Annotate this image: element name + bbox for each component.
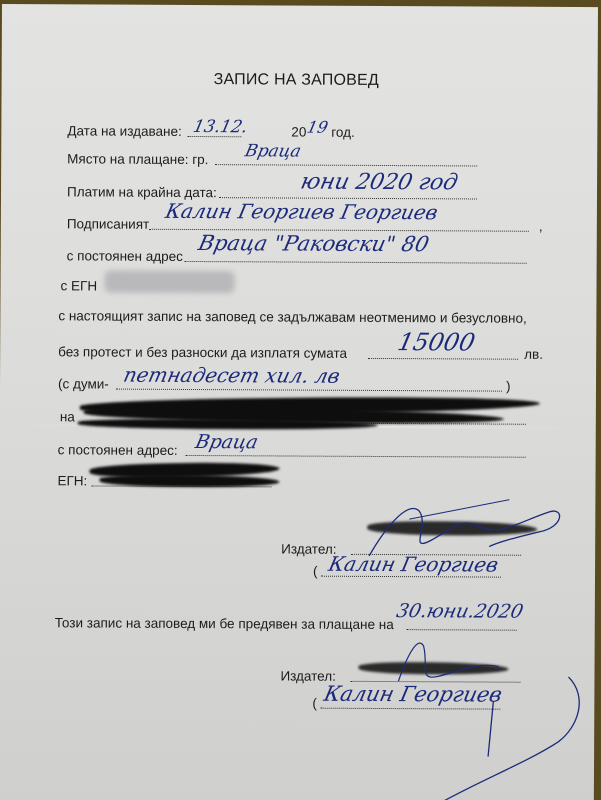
due-date-handwritten: юни 2020 год [298,170,460,196]
amount-handwritten: 15000 [395,328,477,356]
address-dotline [185,261,527,264]
payment-place-dotline [215,164,477,166]
amount-words-handwritten: петнадесет хил. лв [121,363,342,388]
egn-redacted-blur [104,271,234,294]
signatory-label: Подписаният [67,216,149,231]
due-date-label: Платим на крайна дата: [67,184,217,200]
payment-place-label: Място на плащане: гр. [67,151,208,167]
issuer-1-name-handwritten: Калин Георгиев [326,552,500,577]
address-label: с постоянен адрес [67,248,183,264]
presented-date-dotline [407,629,517,631]
issue-date-label: Дата на издаване: [67,123,181,139]
issue-year-prefix: 20 [291,125,306,140]
promissory-note-paper: ЗАПИС НА ЗАПОВЕД Дата на издаване: 13.12… [0,4,598,800]
currency-label: лв. [524,347,543,362]
payment-place-handwritten: Враца [243,141,303,161]
presented-date-handwritten: 30.юни.2020 [394,600,525,623]
issuer-1-label: Издател: [281,541,336,556]
beneficiary-to-label: на [60,409,75,424]
issuer-2-open-paren: ( [312,696,317,711]
beneficiary-address-handwritten: Враца [193,431,260,453]
issuer-2-signature [328,636,589,800]
body-line-1: с настоящият запис на заповед се задължа… [58,308,526,325]
signatory-handwritten: Калин Георгиев Георгиев [163,199,440,224]
amount-words-label: (с думи- [58,376,109,391]
body-line-2: без протест и без разноски да изплатя су… [58,344,347,361]
amount-words-dotline [116,389,502,392]
beneficiary-egn-label: ЕГН: [57,473,87,488]
issuer-1-open-paren: ( [313,564,318,579]
issue-date-handwritten: 13.12. [191,117,249,137]
document-title: ЗАПИС НА ЗАПОВЕД [214,71,379,90]
amount-dotline [368,358,518,360]
beneficiary-address-dotline [186,455,526,458]
address-handwritten: Враца "Раковски" 80 [196,231,431,256]
egn-label: с ЕГН [60,278,97,293]
amount-words-close: ) [506,379,511,394]
issuer-2-name-handwritten: Калин Георгиев [322,682,505,707]
presented-text: Този запис на заповед ми бе предявен за … [55,615,394,632]
beneficiary-address-label: с постоянен адрес: [58,442,178,458]
signatory-comma: , [539,219,543,234]
issue-year-suffix: год. [331,125,355,140]
issue-year-handwritten: 19 [305,118,329,137]
